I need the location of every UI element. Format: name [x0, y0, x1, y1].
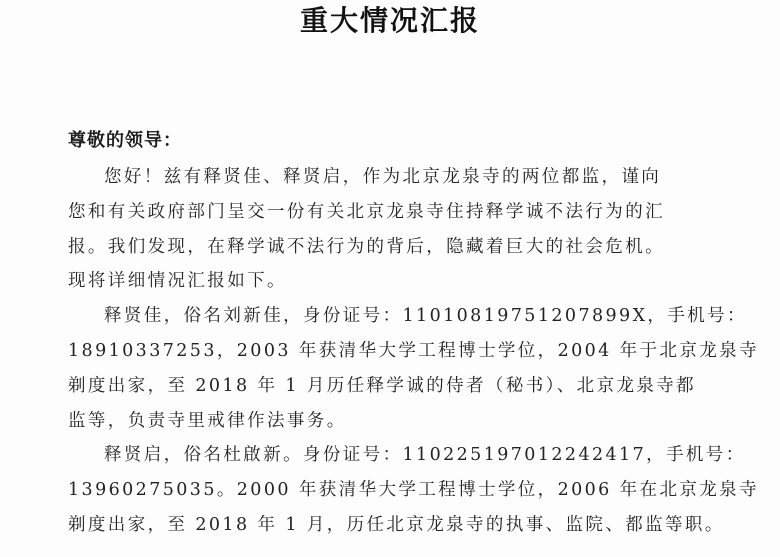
- text-line: 释贤启，俗名杜啟新。身份证号：110225197012242417，手机号：: [68, 438, 718, 473]
- paragraph-shi-xianqi: 释贤启，俗名杜啟新。身份证号：110225197012242417，手机号： 1…: [68, 438, 718, 542]
- document-body: 尊敬的领导： 您好！兹有释贤佳、释贤启，作为北京龙泉寺的两位都监，谨向 您和有关…: [68, 126, 718, 543]
- text-line: 剃度出家，至 2018 年 1 月，历任北京龙泉寺的执事、监院、都监等职。: [68, 508, 718, 543]
- text-line: 您和有关政府部门呈交一份有关北京龙泉寺住持释学诚不法行为的汇: [68, 195, 718, 230]
- text-line: 释贤佳，俗名刘新佳，身份证号：11010819751207899X，手机号：: [68, 299, 718, 334]
- text-line: 现将详细情况汇报如下。: [68, 264, 718, 299]
- text-line: 13960275035。2000 年获清华大学工程博士学位，2006 年在北京龙…: [68, 473, 718, 508]
- text-line: 您好！兹有释贤佳、释贤启，作为北京龙泉寺的两位都监，谨向: [68, 160, 718, 195]
- document-title: 重大情况汇报: [0, 4, 780, 38]
- text-line: 剃度出家，至 2018 年 1 月历任释学诚的侍者（秘书）、北京龙泉寺都: [68, 369, 718, 404]
- text-line: 报。我们发现，在释学诚不法行为的背后，隐藏着巨大的社会危机。: [68, 230, 718, 265]
- text-line: 18910337253，2003 年获清华大学工程博士学位，2004 年于北京龙…: [68, 334, 718, 369]
- text-line: 监等，负责寺里戒律作法事务。: [68, 404, 718, 439]
- paragraph-shi-xianjia: 释贤佳，俗名刘新佳，身份证号：11010819751207899X，手机号： 1…: [68, 299, 718, 438]
- document-page: 重大情况汇报 尊敬的领导： 您好！兹有释贤佳、释贤启，作为北京龙泉寺的两位都监，…: [0, 0, 780, 557]
- salutation: 尊敬的领导：: [68, 126, 718, 160]
- paragraph-greeting: 您好！兹有释贤佳、释贤启，作为北京龙泉寺的两位都监，谨向 您和有关政府部门呈交一…: [68, 160, 718, 299]
